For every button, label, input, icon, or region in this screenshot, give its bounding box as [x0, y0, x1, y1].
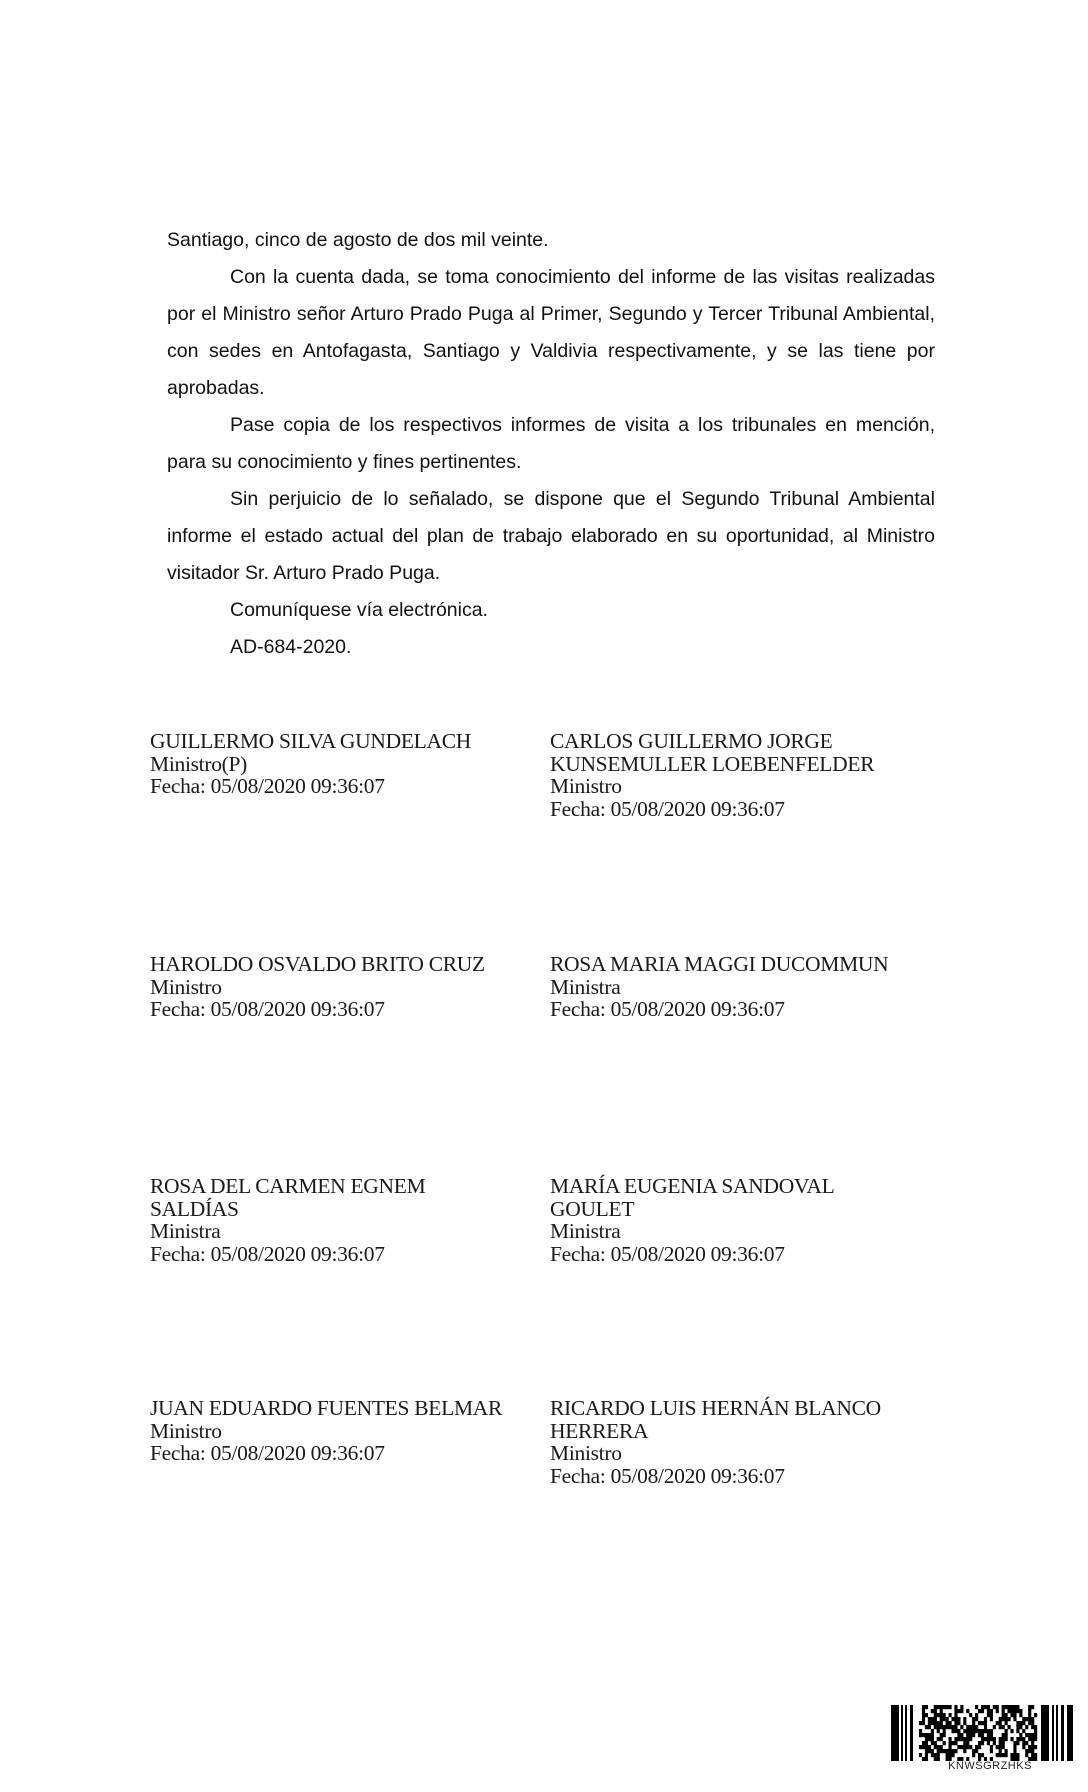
- signer-name: GOULET: [550, 1198, 910, 1221]
- signature-block: RICARDO LUIS HERNÁN BLANCOHERRERAMinistr…: [550, 1397, 910, 1487]
- signature-date: Fecha: 05/08/2020 09:36:07: [550, 998, 910, 1021]
- signature-block: MARÍA EUGENIA SANDOVALGOULETMinistraFech…: [550, 1175, 910, 1265]
- signer-role: Ministra: [550, 1220, 910, 1243]
- signer-name: HAROLDO OSVALDO BRITO CRUZ: [150, 953, 510, 976]
- document-page: Santiago, cinco de agosto de dos mil vei…: [0, 0, 1088, 1792]
- signature-date: Fecha: 05/08/2020 09:36:07: [550, 1465, 910, 1488]
- signer-role: Ministro: [150, 1420, 510, 1443]
- signer-name: JUAN EDUARDO FUENTES BELMAR: [150, 1397, 510, 1420]
- signature-block: GUILLERMO SILVA GUNDELACHMinistro(P)Fech…: [150, 730, 510, 798]
- signature-block: HAROLDO OSVALDO BRITO CRUZMinistroFecha:…: [150, 953, 510, 1021]
- signer-name: ROSA DEL CARMEN EGNEM: [150, 1175, 510, 1198]
- signature-date: Fecha: 05/08/2020 09:36:07: [550, 1243, 910, 1266]
- signer-name: ROSA MARIA MAGGI DUCOMMUN: [550, 953, 910, 976]
- case-number: AD-684-2020.: [167, 629, 935, 666]
- signer-role: Ministra: [150, 1220, 510, 1243]
- signer-name: SALDÍAS: [150, 1198, 510, 1221]
- signer-role: Ministro: [150, 976, 510, 999]
- resolution-body: Santiago, cinco de agosto de dos mil vei…: [167, 222, 935, 666]
- paragraph: Con la cuenta dada, se toma conocimiento…: [167, 259, 935, 407]
- signer-name: RICARDO LUIS HERNÁN BLANCO: [550, 1397, 910, 1420]
- signer-role: Ministro: [550, 1442, 910, 1465]
- paragraph: Comuníquese vía electrónica.: [167, 592, 935, 629]
- barcode-icon: [891, 1705, 1073, 1761]
- dateline: Santiago, cinco de agosto de dos mil vei…: [167, 222, 935, 259]
- signature-block: ROSA DEL CARMEN EGNEMSALDÍASMinistraFech…: [150, 1175, 510, 1265]
- signature-date: Fecha: 05/08/2020 09:36:07: [150, 1243, 510, 1266]
- signature-date: Fecha: 05/08/2020 09:36:07: [150, 1442, 510, 1465]
- signature-block: JUAN EDUARDO FUENTES BELMARMinistroFecha…: [150, 1397, 510, 1465]
- signer-name: KUNSEMULLER LOEBENFELDER: [550, 753, 910, 776]
- signer-role: Ministra: [550, 976, 910, 999]
- signer-name: MARÍA EUGENIA SANDOVAL: [550, 1175, 910, 1198]
- signature-date: Fecha: 05/08/2020 09:36:07: [150, 775, 510, 798]
- signer-name: GUILLERMO SILVA GUNDELACH: [150, 730, 510, 753]
- verification-code: KNWSGRZHKS: [935, 1760, 1045, 1772]
- signature-block: ROSA MARIA MAGGI DUCOMMUNMinistraFecha: …: [550, 953, 910, 1021]
- paragraph: Pase copia de los respectivos informes d…: [167, 407, 935, 481]
- signer-role: Ministro(P): [150, 753, 510, 776]
- signer-name: HERRERA: [550, 1420, 910, 1443]
- signature-date: Fecha: 05/08/2020 09:36:07: [150, 998, 510, 1021]
- signer-name: CARLOS GUILLERMO JORGE: [550, 730, 910, 753]
- signer-role: Ministro: [550, 775, 910, 798]
- paragraph: Sin perjuicio de lo señalado, se dispone…: [167, 481, 935, 592]
- signature-date: Fecha: 05/08/2020 09:36:07: [550, 798, 910, 821]
- signature-block: CARLOS GUILLERMO JORGEKUNSEMULLER LOEBEN…: [550, 730, 910, 820]
